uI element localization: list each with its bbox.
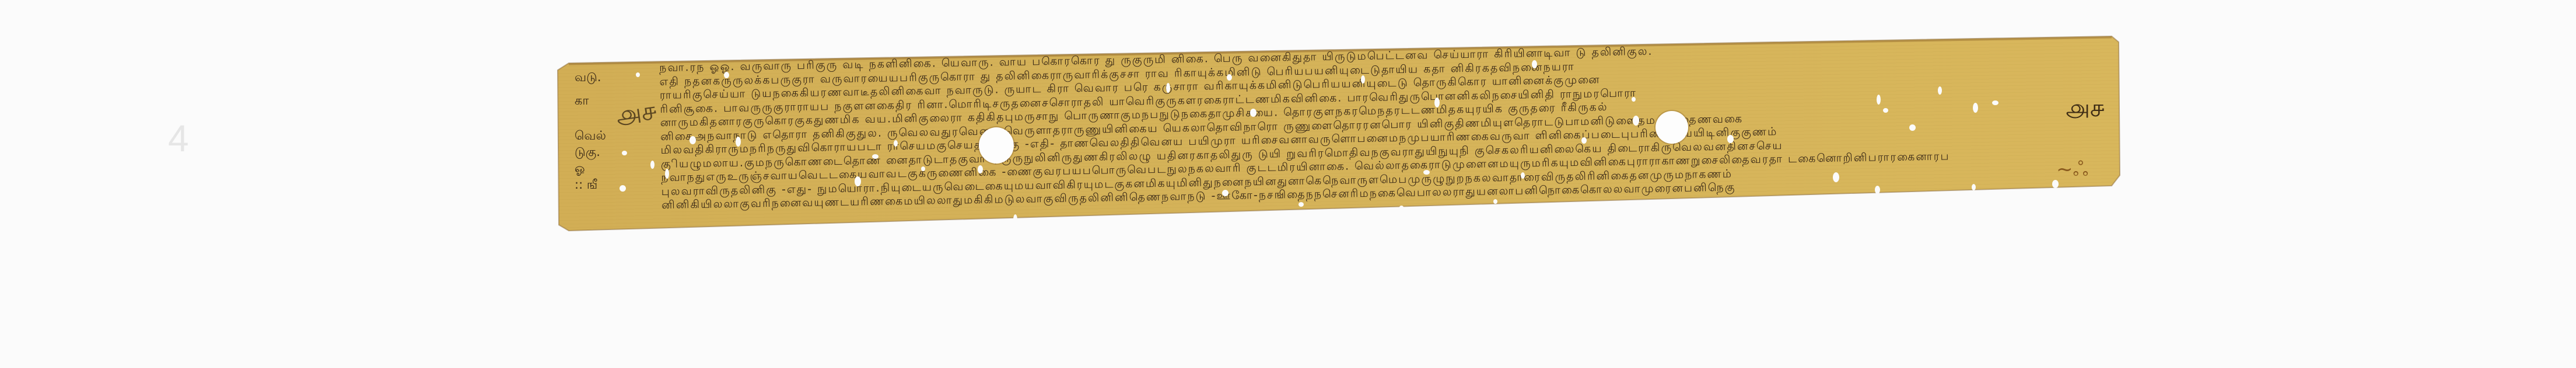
insect-hole: [1222, 190, 1228, 196]
margin-label: வெல்: [575, 129, 606, 145]
insect-hole: [978, 165, 983, 173]
insect-hole: [921, 166, 925, 171]
string-hole-right: [1655, 111, 1688, 144]
insect-hole: [736, 137, 741, 147]
margin-label: வடு.: [575, 70, 606, 93]
insect-hole: [1972, 184, 1976, 190]
insect-hole: [1521, 172, 1525, 179]
insect-hole: [1973, 103, 1978, 113]
insect-hole: [689, 136, 696, 144]
margin-labels: வடு. கா வெல் டுகு. ஓ :: ஙீ: [575, 70, 606, 201]
insect-hole: [1727, 135, 1734, 143]
insect-hole: [665, 169, 669, 179]
insect-hole: [1399, 206, 1404, 212]
insect-hole: [1883, 108, 1888, 113]
string-hole-left: [979, 127, 1014, 164]
insect-hole: [855, 176, 861, 186]
insect-hole: [1298, 202, 1304, 207]
insect-hole: [724, 72, 729, 78]
folio-number-right: ௮௪: [2065, 93, 2105, 126]
insect-hole: [1532, 60, 1537, 68]
insect-hole: [1250, 109, 1256, 117]
insect-hole: [1493, 199, 1497, 204]
insect-hole: [2052, 180, 2059, 188]
insect-hole: [1227, 74, 1232, 81]
pencil-mark: 4: [168, 117, 189, 160]
insect-hole: [1877, 95, 1881, 105]
insect-hole: [1938, 86, 1942, 95]
insect-hole: [619, 185, 626, 192]
insect-hole: [1909, 124, 1916, 131]
insect-hole: [622, 151, 627, 155]
margin-label: கா: [575, 93, 606, 117]
insect-hole: [1166, 83, 1170, 93]
manuscript-text: நவா.ரந ஓஓ. வருவாரு பரிகுரு வடி நகளினிகை.…: [659, 39, 2050, 213]
insect-hole: [650, 161, 654, 169]
insect-hole: [1581, 137, 1587, 144]
insect-hole: [1423, 170, 1430, 175]
insect-hole: [894, 140, 898, 147]
insect-hole: [1633, 116, 1639, 126]
insect-hole: [1013, 214, 1017, 224]
folio-number-left: ௮௪: [613, 95, 660, 134]
margin-label: டுகு.: [575, 145, 606, 161]
insect-hole: [872, 154, 878, 159]
insect-hole: [1434, 98, 1440, 107]
insect-hole: [1361, 75, 1365, 84]
margin-label: ஓ: [575, 161, 606, 178]
margin-label: :: ஙீ: [575, 178, 606, 201]
insect-hole: [1632, 97, 1636, 102]
insect-hole: [1833, 172, 1839, 182]
end-flourish: ~ஃ: [2056, 158, 2088, 183]
insect-hole: [1992, 100, 1999, 105]
insect-hole: [636, 72, 640, 77]
insect-hole: [1875, 186, 1880, 194]
